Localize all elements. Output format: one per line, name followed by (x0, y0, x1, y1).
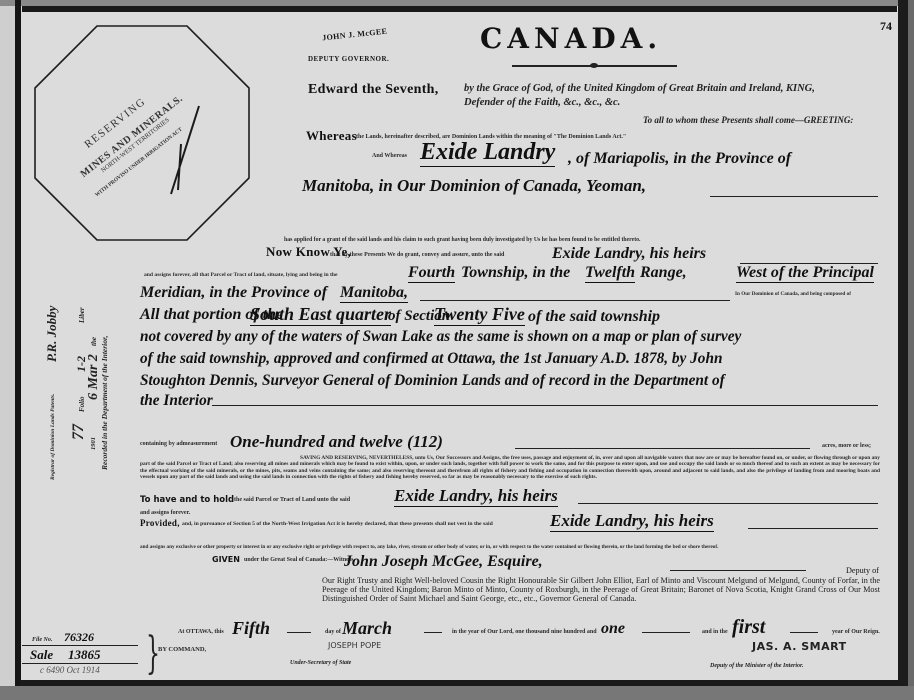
saving-clause: SAVING AND RESERVING, NEVERTHELESS, unto… (140, 455, 880, 481)
province-fill-line (420, 300, 730, 301)
secretary-title: Under-Secretary of State (290, 660, 351, 666)
reign-text: and in the (702, 629, 728, 635)
witness-fill-line (670, 570, 806, 571)
liber-number: 1-2 (74, 356, 89, 372)
section-number: Twenty Five (434, 304, 525, 326)
range-number: Twelfth (585, 264, 635, 283)
habendum-fill-line (578, 503, 878, 504)
description-line-1c: of the said township (528, 308, 660, 326)
proviso-fill-line (748, 528, 878, 529)
recorded-year: 1901 (90, 437, 97, 450)
left-border-rule (15, 0, 21, 700)
recorded-the-label: the (90, 337, 98, 346)
given-heading: GIVEN (212, 555, 240, 564)
application-text: has applied for a grant of the said land… (284, 237, 641, 243)
area-label: containing by admeasurement (140, 441, 217, 447)
habendum-line-2: and assigns forever. (140, 510, 190, 516)
township-number: Fourth (408, 264, 455, 283)
liber-label: Liber (78, 307, 86, 323)
proviso-heading: Provided, (140, 518, 180, 528)
area-unit: acres, more or less; (822, 443, 871, 449)
monarch-name: Edward the Seventh, (308, 82, 439, 98)
year: one (601, 620, 625, 638)
document-title: CANADA. (480, 22, 662, 55)
proviso-line-2: and assigns any exclusive or other prope… (140, 544, 718, 550)
month-fill-line (424, 632, 442, 633)
file-note: c 6490 Oct 1914 (40, 665, 100, 675)
description-line-3: of the said township, approved and confi… (140, 350, 722, 368)
grantee-residence-line-1: , of Mariapolis, in the Province of (568, 150, 791, 168)
assigns-text: and assigns forever, all that Parcel or … (144, 272, 338, 278)
habendum-heading: To have and to hold (140, 495, 234, 505)
scan-bottom-edge (0, 686, 914, 700)
habendum-text: the said Parcel or Tract of Land unto th… (234, 497, 350, 503)
description-fill-line (212, 405, 878, 406)
registrar-signature: P.R. Jobby (44, 306, 60, 362)
grant-text: that by these Presents We do grant, conv… (330, 252, 504, 258)
proviso-grantee: Exide Landry, his heirs (550, 511, 714, 532)
file-number: 76326 (64, 630, 94, 645)
range-text: Range, (640, 264, 687, 282)
description-line-2: not covered by any of the waters of Swan… (140, 328, 741, 346)
governor-general-style: Our Right Trusty and Right Well-beloved … (322, 576, 880, 603)
page-number: 74 (880, 19, 892, 34)
year-text: in the year of Our Lord, one thousand ni… (452, 629, 597, 635)
deputy-minister-name: JAS. A. SMART (752, 640, 847, 653)
file-number-rule (22, 645, 138, 646)
deputy-governor-stamp-name: JOHN J. McGEE (322, 27, 388, 43)
month: March (342, 618, 392, 639)
file-numbers-block: File No. 76326 Sale 13865 c 6490 Oct 191… (20, 630, 138, 680)
registrar-title: Registrar of Dominion Lands Patents. (50, 394, 56, 480)
province: Manitoba, (340, 284, 408, 303)
area-fill-line (515, 448, 810, 449)
sale-number: 13865 (68, 647, 101, 663)
reign-fill-line (790, 632, 818, 633)
grant-grantee: Exide Landry, his heirs (552, 245, 706, 263)
by-command-label: BY COMMAND, (158, 646, 206, 653)
left-margin (0, 0, 15, 700)
deputy-minister-title: Deputy of the Minister of the Interior. (710, 663, 804, 669)
deputy-governor-stamp-title: DEPUTY GOVERNOR. (308, 55, 389, 63)
greeting: To all to whom these Presents shall come… (643, 115, 853, 125)
grantee-residence-line-2: Manitoba, in Our Dominion of Canada, Yeo… (302, 176, 646, 196)
meridian-line-2: Meridian, in the Province of (140, 284, 327, 302)
file-number-label: File No. (32, 637, 52, 643)
given-text: under the Great Seal of Canada:—Witness, (244, 557, 355, 563)
folio-label: Folio (78, 396, 86, 412)
scan-right-edge (908, 0, 914, 700)
grantee-name: Exide Landry (420, 139, 555, 167)
proviso-text: and, in pursuance of Section 5 of the No… (182, 521, 493, 527)
and-whereas-label: And Whereas (372, 153, 407, 159)
witness-name: John Joseph McGee, Esquire, (344, 553, 543, 571)
residence-fill-line (710, 196, 878, 197)
checkmark-annotation (171, 106, 199, 194)
lot-brace: } (146, 634, 160, 674)
title-ornament-dot (590, 63, 598, 68)
habendum-grantee: Exide Landry, his heirs (394, 486, 558, 507)
reign-suffix: year of Our Reign. (832, 629, 880, 635)
day: Fifth (232, 618, 270, 639)
description-line-4: Stoughton Dennis, Surveyor General of Do… (140, 372, 725, 390)
royal-style-line-2: Defender of the Faith, &c., &c., &c. (464, 97, 620, 108)
day-of-label: day of (325, 629, 341, 635)
reign: first (732, 616, 765, 639)
at-ottawa-label: At OTTAWA, this (178, 629, 224, 635)
dominion-text: In Our Dominion of Canada, and being com… (735, 291, 851, 297)
meridian: West of the Principal (736, 264, 874, 283)
township-text: Township, in the (461, 264, 570, 282)
sale-label: Sale (30, 647, 53, 663)
royal-style-line-1: by the Grace of God, of the United Kingd… (464, 83, 815, 94)
secretary-name: JOSEPH POPE (328, 641, 381, 650)
day-fill-line (287, 632, 311, 633)
year-fill-line (642, 632, 690, 633)
land-patent-document: CANADA. 74 JOHN J. McGEE DEPUTY GOVERNOR… (0, 0, 914, 700)
area-value: One-hundred and twelve (112) (230, 432, 443, 452)
description-line-5: the Interior (140, 392, 213, 410)
folio-number: 77 (70, 424, 88, 440)
quarter-section: South East quarter (250, 304, 391, 326)
sale-number-rule (22, 663, 138, 664)
whereas-heading: Whereas (306, 128, 357, 144)
top-border-rule (22, 6, 897, 12)
deputy-of-label: Deputy of (846, 566, 879, 575)
